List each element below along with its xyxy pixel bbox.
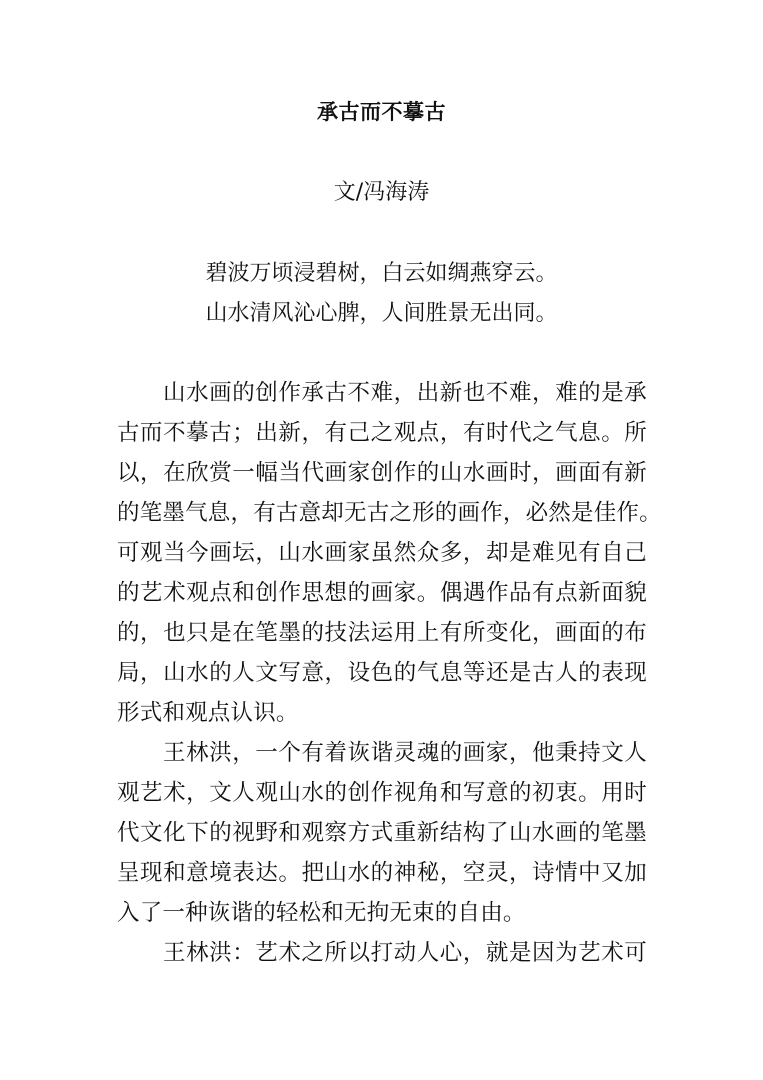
paragraph-3: 王林洪：艺术之所以打动人心，就是因为艺术可 (117, 933, 647, 973)
article-title: 承古而不摹古 (0, 96, 763, 128)
poem-line: 山水清风沁心脾，人间胜景无出同。 (0, 294, 763, 334)
article-author: 文/冯海涛 (0, 176, 763, 210)
text-line: 呈现和意境表达。把山水的神秘，空灵，诗情中又加 (117, 853, 647, 893)
text-line: 局，山水的人文写意，设色的气息等还是古人的表现 (117, 653, 647, 693)
text-line: 代文化下的视野和观察方式重新结构了山水画的笔墨 (117, 813, 647, 853)
text-line: 古而不摹古；出新，有己之观点，有时代之气息。所 (117, 413, 647, 453)
poem-line: 碧波万顷浸碧树，白云如绸燕穿云。 (0, 254, 763, 294)
paragraph-2: 王林洪，一个有着诙谐灵魂的画家，他秉持文人 观艺术，文人观山水的创作视角和写意的… (117, 733, 647, 933)
text-line: 可观当今画坛，山水画家虽然众多，却是难见有自己 (117, 533, 647, 573)
text-line: 以，在欣赏一幅当代画家创作的山水画时，画面有新 (117, 453, 647, 493)
text-line: 王林洪：艺术之所以打动人心，就是因为艺术可 (117, 933, 647, 973)
text-line: 的笔墨气息，有古意却无古之形的画作，必然是佳作。 (117, 493, 647, 533)
text-line: 入了一种诙谐的轻松和无拘无束的自由。 (117, 893, 647, 933)
paragraph-1: 山水画的创作承古不难，出新也不难，难的是承 古而不摹古；出新，有己之观点，有时代… (117, 373, 647, 733)
text-line: 的，也只是在笔墨的技法运用上有所变化，画面的布 (117, 613, 647, 653)
text-line: 形式和观点认识。 (117, 693, 647, 733)
document-page: 承古而不摹古 文/冯海涛 碧波万顷浸碧树，白云如绸燕穿云。 山水清风沁心脾，人间… (0, 0, 763, 1080)
opening-poem: 碧波万顷浸碧树，白云如绸燕穿云。 山水清风沁心脾，人间胜景无出同。 (0, 254, 763, 334)
article-body: 山水画的创作承古不难，出新也不难，难的是承 古而不摹古；出新，有己之观点，有时代… (117, 373, 647, 973)
text-line: 山水画的创作承古不难，出新也不难，难的是承 (117, 373, 647, 413)
text-line: 王林洪，一个有着诙谐灵魂的画家，他秉持文人 (117, 733, 647, 773)
text-line: 观艺术，文人观山水的创作视角和写意的初衷。用时 (117, 773, 647, 813)
text-line: 的艺术观点和创作思想的画家。偶遇作品有点新面貌 (117, 573, 647, 613)
